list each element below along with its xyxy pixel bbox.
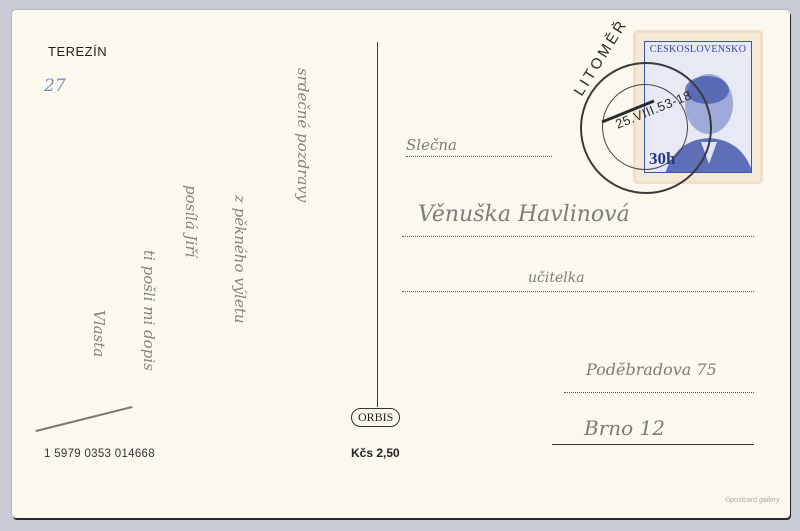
address-line: [564, 392, 754, 393]
address-city: Brno 12: [584, 416, 665, 440]
message-line: posílá Jiří: [182, 185, 200, 257]
address-line: [406, 156, 552, 157]
address-occupation: učitelka: [528, 270, 585, 286]
price-label: Kčs 2,50: [351, 446, 400, 460]
publisher-logo: ORBIS: [351, 408, 400, 427]
address-name: Věnuška Havlinová: [418, 202, 630, 227]
address-line: [402, 236, 754, 237]
signature-stroke: [35, 406, 133, 432]
address-street: Podĕbradova 75: [586, 360, 717, 379]
address-line: [552, 444, 754, 445]
watermark: ©postcard.gallery: [725, 497, 780, 504]
center-divider: [377, 42, 378, 407]
signature: Vlasta: [90, 310, 108, 357]
postmark-outer-ring: [580, 62, 712, 194]
address-line: [402, 291, 754, 292]
postcard-title: TEREZÍN: [48, 44, 107, 59]
inventory-mark: 27: [44, 76, 66, 96]
address-salutation: Slečna: [406, 136, 457, 154]
message-line: z pěkného výletu: [231, 195, 249, 324]
message-line: ti pošli mi dopis: [140, 250, 158, 371]
serial-number: 1 5979 0353 014668: [44, 448, 155, 460]
message-line: srdečné pozdravy: [294, 68, 312, 202]
